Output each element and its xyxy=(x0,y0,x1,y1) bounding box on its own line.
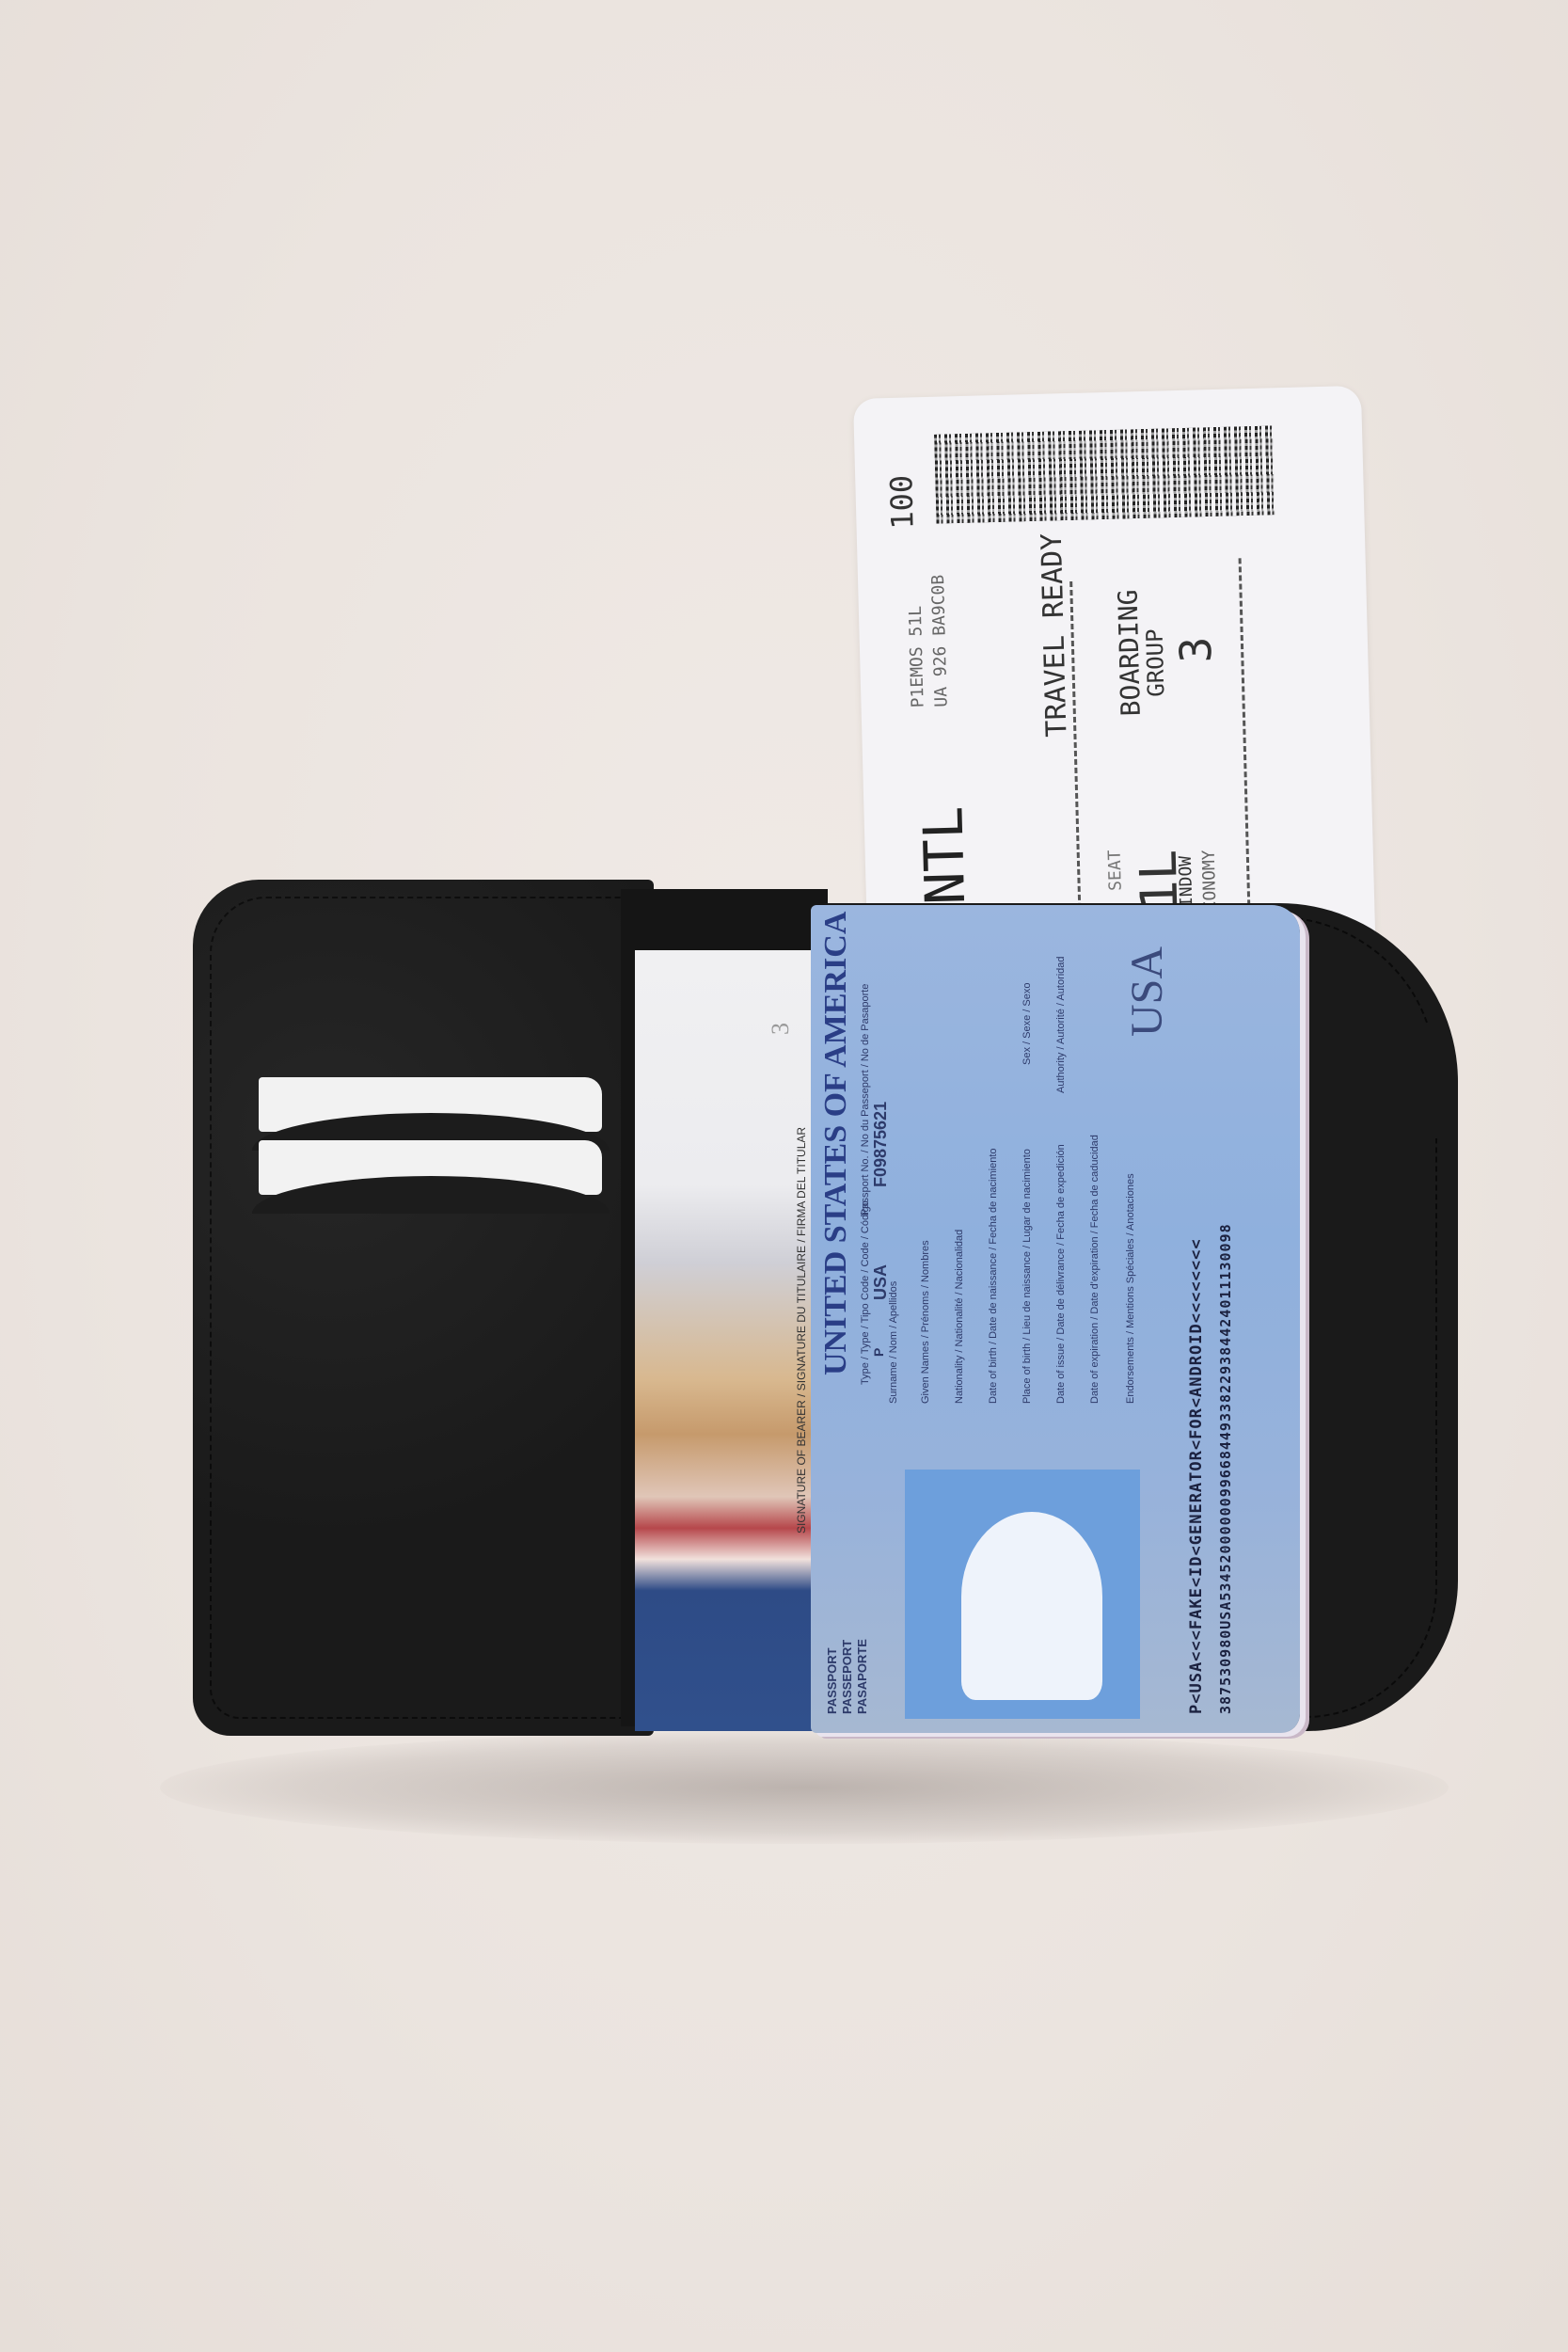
pass-seat-label: SEAT xyxy=(1105,850,1126,891)
portrait-silhouette xyxy=(961,1512,1102,1700)
pass-line1: P1EMOS 51L xyxy=(906,606,928,708)
type-label: Type / Type / Tipo xyxy=(860,1303,871,1385)
usa-emblem: USA xyxy=(1121,946,1173,1037)
field-label: Nationality / Nationalité / Nacionalidad xyxy=(954,1230,965,1404)
mrz-line-2: 387530980USA5345200000099668449338229384… xyxy=(1217,1223,1234,1714)
sex-label: Sex / Sexe / Sexo xyxy=(1022,983,1033,1065)
pass-line2: UA 926 BA9C0B xyxy=(928,575,952,707)
field-label: Place of birth / Lieu de naissance / Lug… xyxy=(1022,1149,1033,1404)
pass-sequence: 100 xyxy=(883,474,920,530)
pass-status: TRAVEL READY xyxy=(1036,532,1074,738)
pdf417-barcode xyxy=(934,425,1275,523)
wallet-left-panel xyxy=(193,880,654,1736)
passport-data-page: UNITED STATES OF AMERICA PASSPORTPASSEPO… xyxy=(811,905,1300,1733)
country-name: UNITED STATES OF AMERICA xyxy=(818,912,854,1375)
field-label: Endorsements / Mentions Spéciales / Anot… xyxy=(1125,1173,1136,1404)
passport-photo xyxy=(905,1470,1140,1719)
wallet-shadow xyxy=(160,1731,1449,1844)
mrz-line-1: P<USA<<<FAKE<ID<GENERATOR<FOR<ANDROID<<<… xyxy=(1187,1238,1206,1714)
field-label: Date of issue / Date de délivrance / Fec… xyxy=(1055,1144,1067,1404)
doc-label: PASSPORTPASSEPORTPASAPORTE xyxy=(825,1639,870,1714)
signature-label: SIGNATURE OF BEARER / SIGNATURE DU TITUL… xyxy=(795,1127,808,1534)
page-number: 3 xyxy=(767,1023,795,1035)
authority-label: Authority / Autorité / Autoridad xyxy=(1055,956,1067,1093)
field-label: Date of birth / Date de naissance / Fech… xyxy=(988,1149,999,1405)
pass-group-label: GROUP xyxy=(1142,628,1170,697)
code-label: Code / Code / Código xyxy=(860,1200,871,1300)
field-label: Surname / Nom / Apellidos xyxy=(888,1281,899,1404)
pass-group-value: 3 xyxy=(1170,636,1222,663)
passport-no-value: F09875621 xyxy=(871,1102,891,1187)
pass-pocket xyxy=(1296,1025,1447,1138)
passport-signature-page: 3 SIGNATURE OF BEARER / SIGNATURE DU TIT… xyxy=(635,950,823,1731)
field-label: Date of expiration / Date d'expiration /… xyxy=(1089,1135,1101,1404)
passport-no-label: Passport No. / No du Passeport / No de P… xyxy=(860,984,871,1216)
field-label: Given Names / Prénoms / Nombres xyxy=(920,1240,931,1404)
type-value: P xyxy=(871,1348,886,1357)
